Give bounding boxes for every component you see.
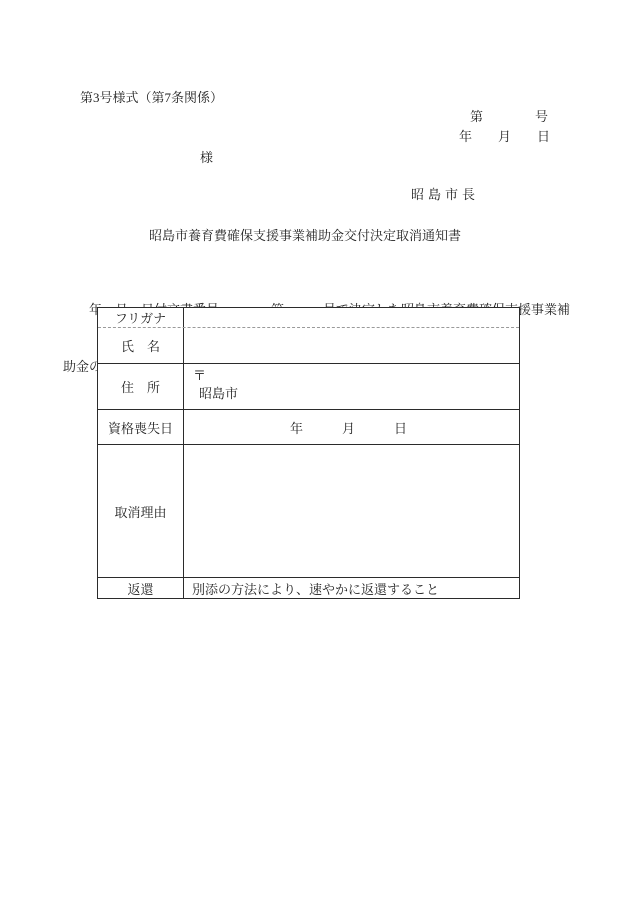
postal-mark: 〒: [193, 367, 511, 385]
table-row-address: 住 所 〒 昭島市: [98, 364, 519, 410]
table-row-cancellation-reason: 取消理由: [98, 445, 519, 578]
address-label: 住 所: [98, 364, 184, 409]
table-row-name: 氏 名: [98, 328, 519, 364]
furigana-label: フリガナ: [98, 308, 184, 327]
addressee-suffix: 様: [200, 147, 213, 166]
furigana-value: [184, 308, 519, 327]
document-number-line: 第 号: [470, 106, 548, 125]
document-title: 昭島市養育費確保支援事業補助金交付決定取消通知書: [63, 225, 547, 244]
table-row-furigana: フリガナ: [98, 308, 519, 328]
document-page: 第3号様式（第7条関係） 第 号 年 月 日 様 昭島市長 昭島市養育費確保支援…: [0, 0, 630, 903]
address-value: 〒 昭島市: [184, 364, 519, 409]
cancellation-reason-value: [184, 445, 519, 577]
name-label: 氏 名: [98, 328, 184, 363]
sender-mayor: 昭島市長: [411, 184, 479, 203]
address-city: 昭島市: [193, 385, 511, 403]
notice-table: フリガナ 氏 名 住 所 〒 昭島市 資格喪失日 年 月 日 取消理由 返還 別…: [97, 307, 520, 599]
loss-date-value: 年 月 日: [184, 410, 519, 444]
refund-value: 別添の方法により、速やかに返還すること: [184, 578, 519, 598]
issue-date-line: 年 月 日: [459, 126, 550, 145]
refund-label: 返還: [98, 578, 184, 598]
table-row-loss-date: 資格喪失日 年 月 日: [98, 410, 519, 445]
name-value: [184, 328, 519, 363]
table-row-refund: 返還 別添の方法により、速やかに返還すること: [98, 578, 519, 598]
cancellation-reason-label: 取消理由: [98, 445, 184, 577]
loss-date-label: 資格喪失日: [98, 410, 184, 444]
form-id: 第3号様式（第7条関係）: [80, 87, 223, 106]
